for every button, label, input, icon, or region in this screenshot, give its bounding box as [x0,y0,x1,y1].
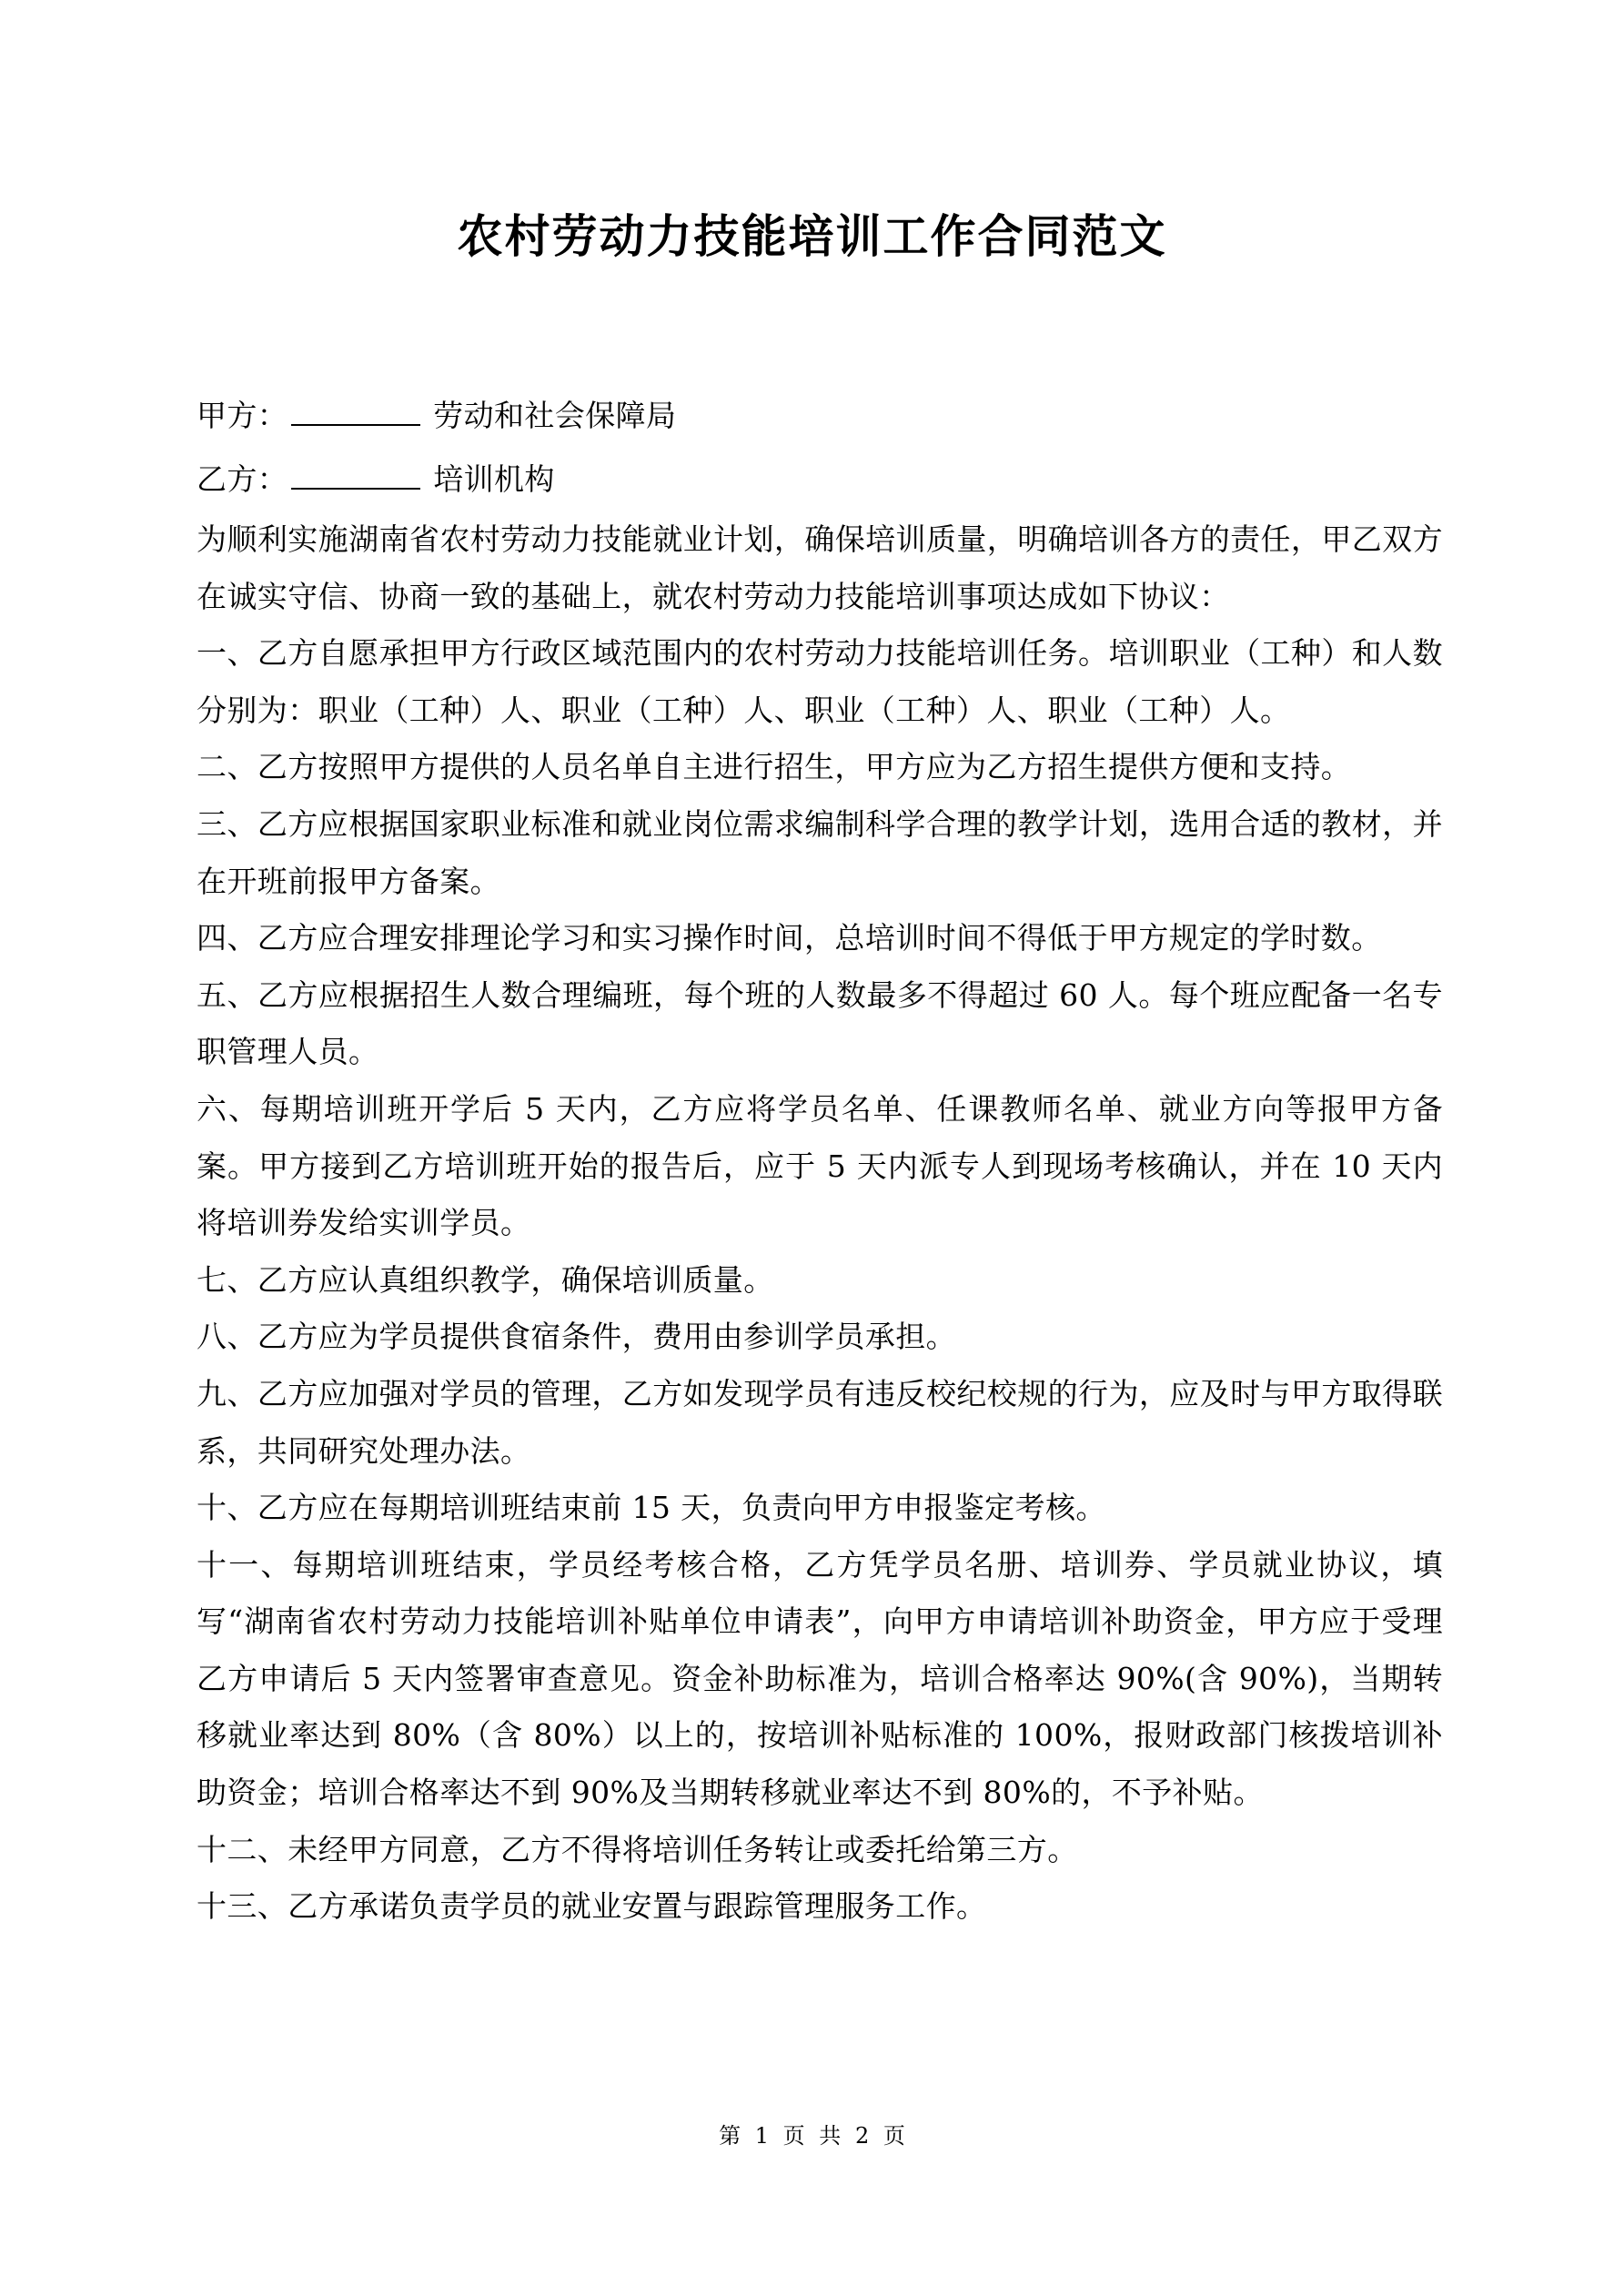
party-b-label: 乙方： [197,448,287,511]
document-title: 农村劳动力技能培训工作合同范文 [0,207,1624,266]
clause-2: 二、乙方按照甲方提供的人员名单自主进行招生，甲方应为乙方招生提供方便和支持。 [197,739,1443,796]
party-a-name: 劳动和社会保障局 [433,398,676,433]
party-a-line: 甲方：劳动和社会保障局 [197,384,1443,448]
clause-7: 七、乙方应认真组织教学，确保培训质量。 [197,1252,1443,1310]
page-number-footer: 第 1 页 共 2 页 [0,2122,1624,2149]
clause-4: 四、乙方应合理安排理论学习和实习操作时间，总培训时间不得低于甲方规定的学时数。 [197,910,1443,967]
clause-6: 六、每期培训班开学后 5 天内，乙方应将学员名单、任课教师名单、就业方向等报甲方… [197,1081,1443,1252]
document-page: 农村劳动力技能培训工作合同范文 甲方：劳动和社会保障局 乙方：培训机构 为顺利实… [0,0,1624,2296]
preamble-paragraph: 为顺利实施湖南省农村劳动力技能就业计划，确保培训质量，明确培训各方的责任，甲乙双… [197,511,1443,625]
document-body: 甲方：劳动和社会保障局 乙方：培训机构 为顺利实施湖南省农村劳动力技能就业计划，… [197,384,1443,1936]
clause-5: 五、乙方应根据招生人数合理编班，每个班的人数最多不得超过 60 人。每个班应配备… [197,967,1443,1081]
clause-1: 一、乙方自愿承担甲方行政区域范围内的农村劳动力技能培训任务。培训职业（工种）和人… [197,625,1443,739]
clause-11: 十一、每期培训班结束，学员经考核合格，乙方凭学员名册、培训券、学员就业协议，填写… [197,1537,1443,1822]
party-b-name: 培训机构 [433,461,555,497]
party-a-label: 甲方： [197,384,287,448]
clause-10: 十、乙方应在每期培训班结束前 15 天，负责向甲方申报鉴定考核。 [197,1480,1443,1537]
party-a-blank-field [291,402,420,426]
clause-13: 十三、乙方承诺负责学员的就业安置与跟踪管理服务工作。 [197,1878,1443,1936]
clause-8: 八、乙方应为学员提供食宿条件，费用由参训学员承担。 [197,1309,1443,1366]
party-b-line: 乙方：培训机构 [197,448,1443,511]
clause-9: 九、乙方应加强对学员的管理，乙方如发现学员有违反校纪校规的行为，应及时与甲方取得… [197,1366,1443,1480]
clause-3: 三、乙方应根据国家职业标准和就业岗位需求编制科学合理的教学计划，选用合适的教材，… [197,796,1443,910]
party-b-blank-field [291,466,420,490]
clause-12: 十二、未经甲方同意，乙方不得将培训任务转让或委托给第三方。 [197,1822,1443,1879]
